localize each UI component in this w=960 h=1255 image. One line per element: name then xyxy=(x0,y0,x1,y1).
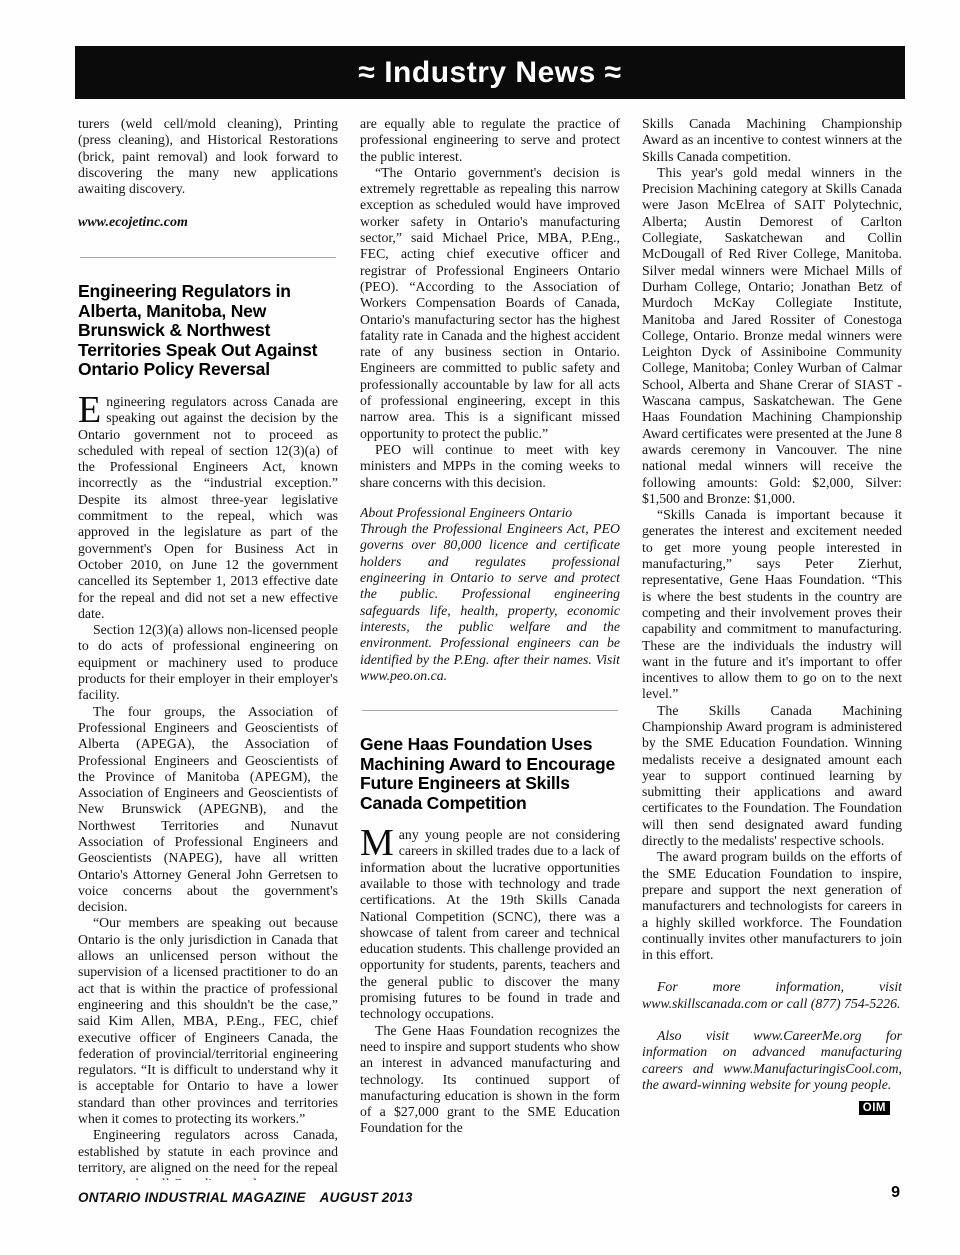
article2-paragraph-5: “Skills Canada is important because it g… xyxy=(642,507,902,703)
article1-paragraph-6: are equally able to regulate the practic… xyxy=(360,116,620,165)
magazine-name: ONTARIO INDUSTRIAL MAGAZINE xyxy=(78,1190,306,1205)
article1-paragraph-2: Section 12(3)(a) allows non-licensed peo… xyxy=(78,622,338,703)
article2-paragraph-1: Many young people are not considering ca… xyxy=(360,827,620,1023)
column-3: Skills Canada Machining Championship Awa… xyxy=(642,116,902,1180)
more-info-note: For more information, visit www.skillsca… xyxy=(642,979,902,1012)
dropcap-M: M xyxy=(360,827,399,858)
ecojet-website-link: www.ecojetinc.com xyxy=(78,215,338,231)
dropcap-E: E xyxy=(78,394,106,425)
three-column-layout: turers (weld cell/mold cleaning), Printi… xyxy=(78,116,902,1180)
article1-paragraph-3: The four groups, the Association of Prof… xyxy=(78,704,338,916)
column-2: are equally able to regulate the practic… xyxy=(360,116,620,1180)
magazine-footer: ONTARIO INDUSTRIAL MAGAZINEAUGUST 2013 xyxy=(78,1190,413,1205)
oim-end-badge: OIM xyxy=(859,1101,890,1115)
industry-news-banner: ≈ Industry News ≈ xyxy=(75,46,905,99)
article1-paragraph-5: Engineering regulators across Canada, es… xyxy=(78,1127,338,1180)
article1-paragraph-1-text: ngineering regulators across Canada are … xyxy=(78,394,338,621)
about-peo-title: About Professional Engineers Ontario xyxy=(360,505,620,521)
article2-paragraph-1-text: any young people are not considering car… xyxy=(360,827,620,1021)
page-number: 9 xyxy=(891,1184,900,1202)
article2-heading: Gene Haas Foundation Uses Machining Awar… xyxy=(360,735,620,813)
article1-paragraph-4: “Our members are speaking out because On… xyxy=(78,915,338,1127)
continued-paragraph: turers (weld cell/mold cleaning), Printi… xyxy=(78,116,338,197)
magazine-page: ≈ Industry News ≈ turers (weld cell/mold… xyxy=(0,0,960,1255)
about-peo-block: About Professional Engineers Ontario Thr… xyxy=(360,505,620,684)
article1-paragraph-8: PEO will continue to meet with key minis… xyxy=(360,442,620,491)
careerme-note: Also visit www.CareerMe.org for informat… xyxy=(642,1028,902,1093)
article2-paragraph-4: This year's gold medal winners in the Pr… xyxy=(642,165,902,507)
article2-paragraph-7: The award program builds on the efforts … xyxy=(642,849,902,963)
issue-date: AUGUST 2013 xyxy=(320,1190,413,1205)
article1-heading: Engineering Regulators in Alberta, Manit… xyxy=(78,282,338,380)
section-divider xyxy=(362,710,618,711)
about-peo-body: Through the Professional Engineers Act, … xyxy=(360,521,620,684)
article1-paragraph-7: “The Ontario government's decision is ex… xyxy=(360,165,620,442)
article2-paragraph-3: Skills Canada Machining Championship Awa… xyxy=(642,116,902,165)
article2-paragraph-6: The Skills Canada Machining Championship… xyxy=(642,703,902,850)
banner-title: ≈ Industry News ≈ xyxy=(358,56,621,90)
article1-paragraph-1: Engineering regulators across Canada are… xyxy=(78,394,338,622)
section-divider xyxy=(80,257,336,258)
article2-paragraph-2: The Gene Haas Foundation recognizes the … xyxy=(360,1023,620,1137)
column-1: turers (weld cell/mold cleaning), Printi… xyxy=(78,116,338,1180)
